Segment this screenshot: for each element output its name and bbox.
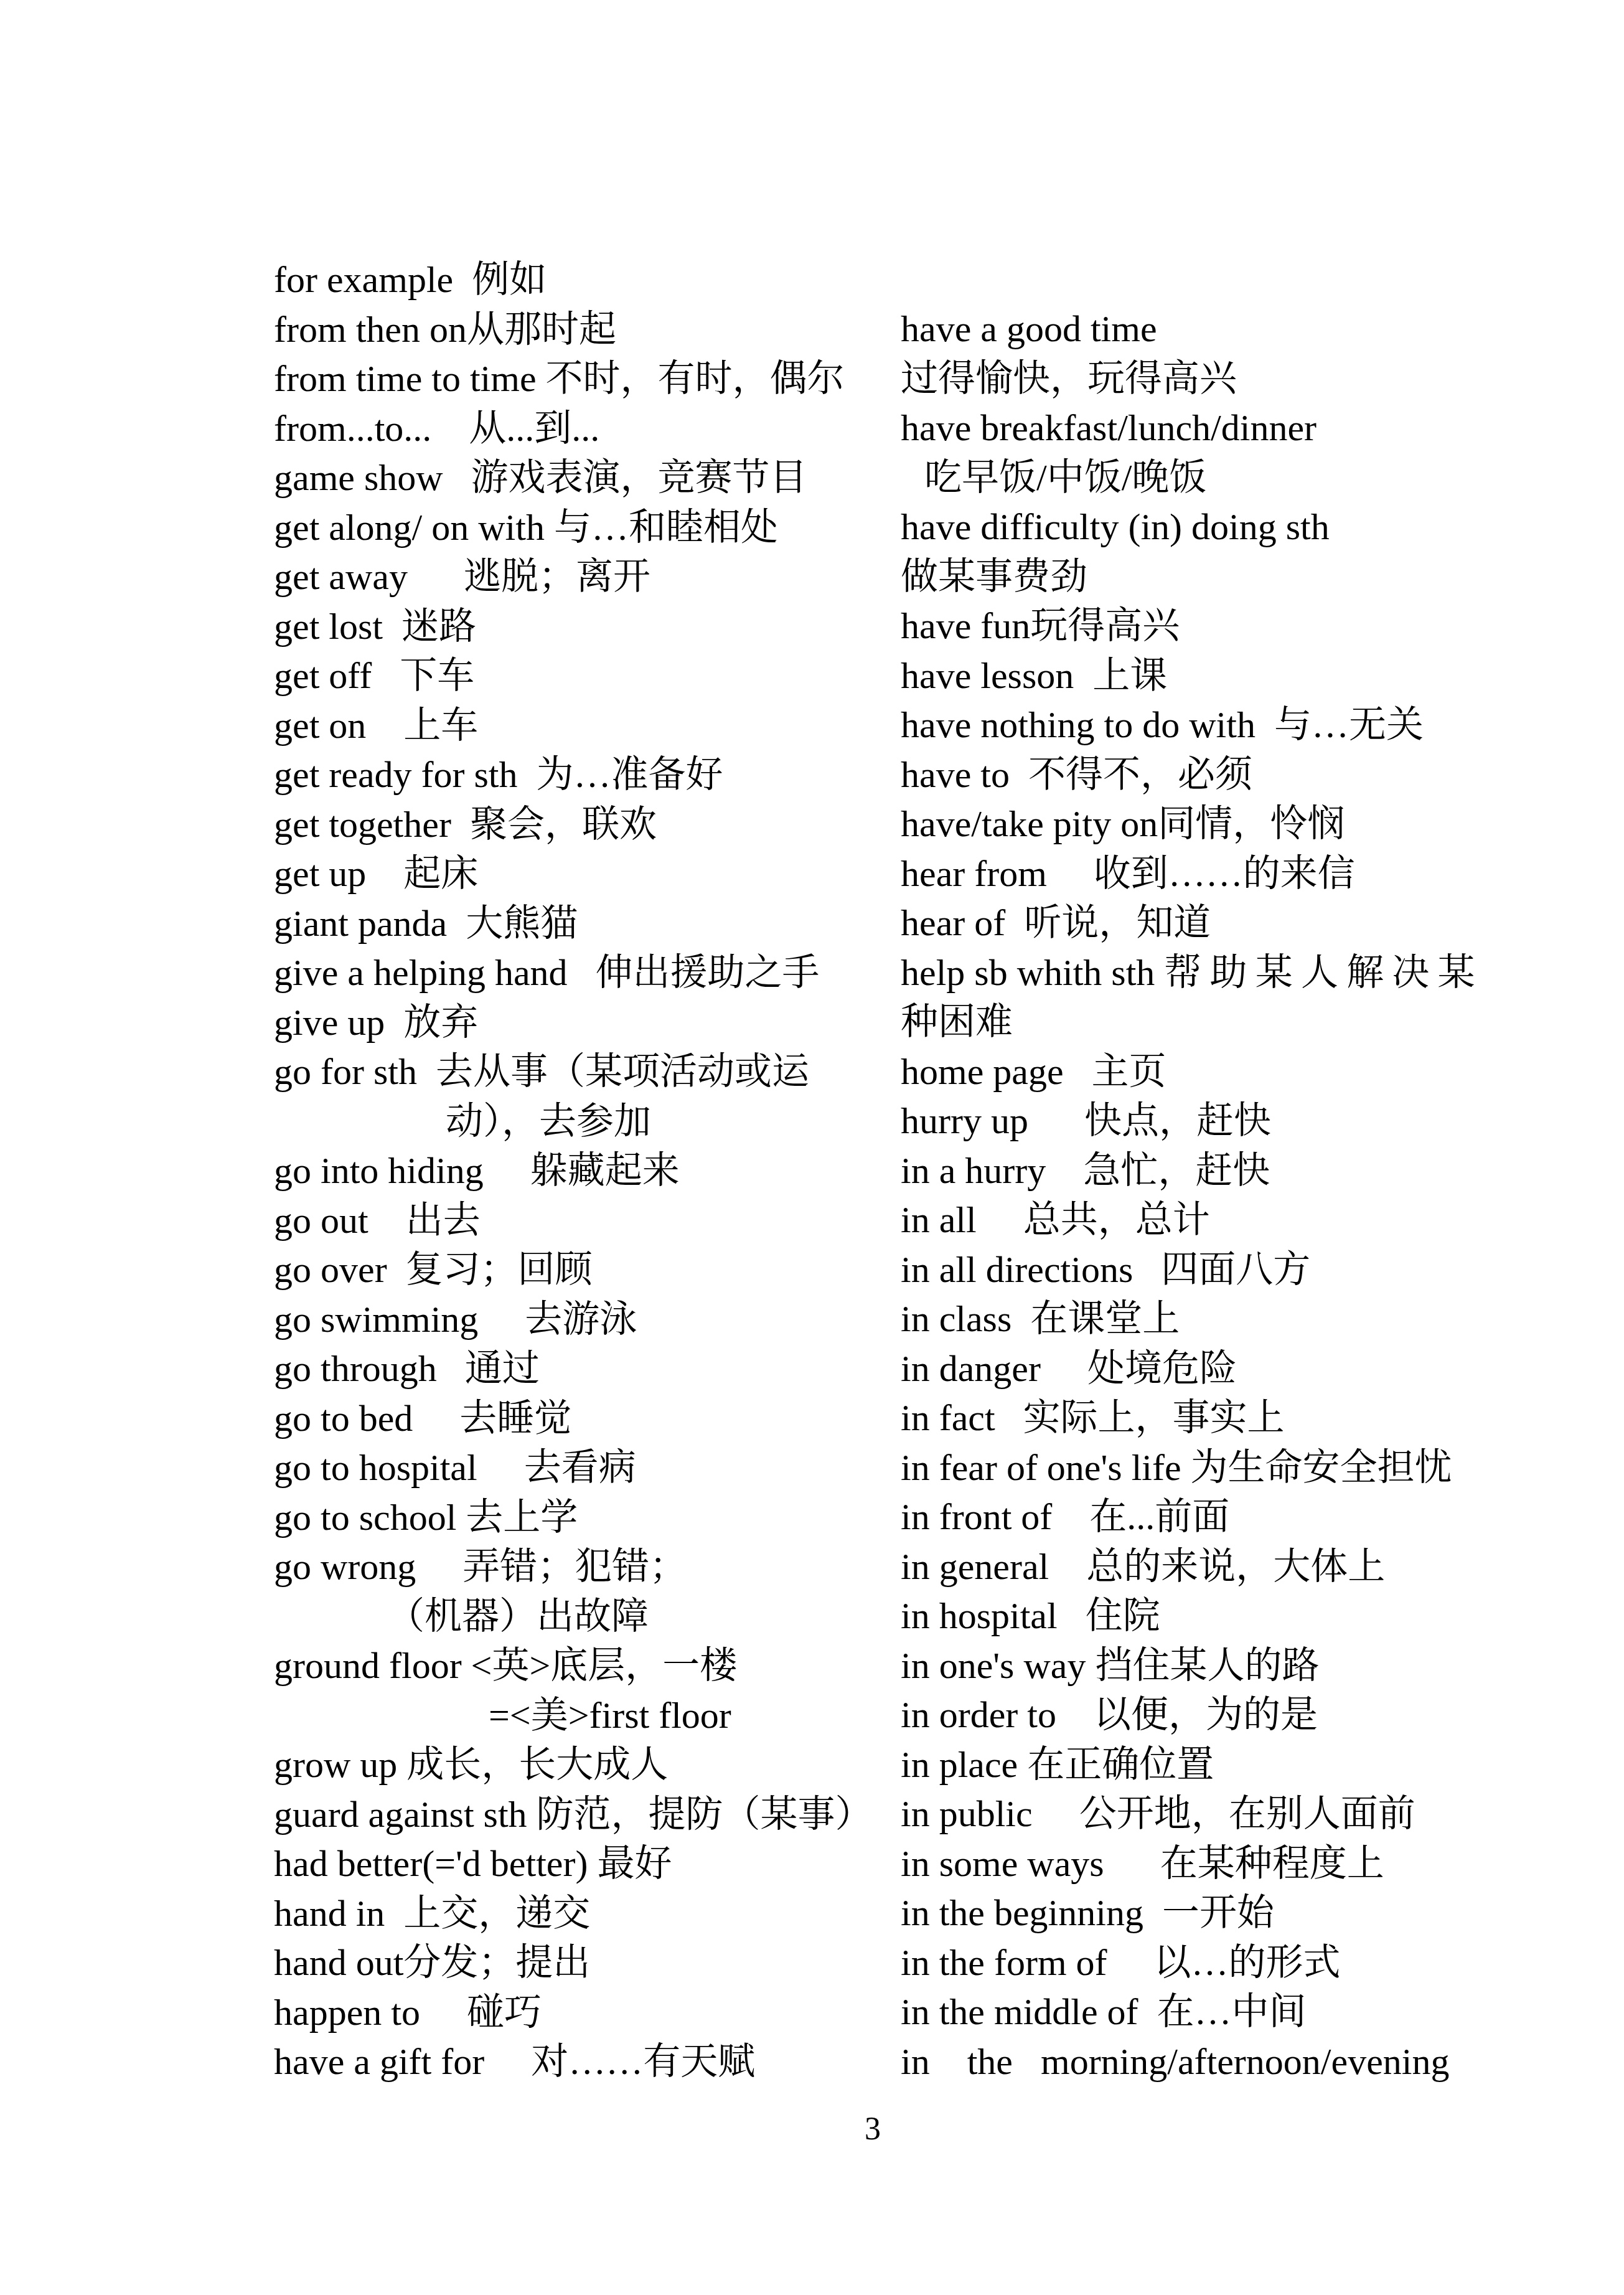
text-line: give a helping hand 伸出援助之手 [274, 948, 903, 998]
text-segment: go out 出去 [274, 1200, 481, 1241]
text-line: go to school 去上学 [274, 1493, 903, 1543]
text-segment: from time to time 不时，有时，偶尔 [274, 358, 845, 399]
text-segment: giant panda 大熊猫 [274, 903, 578, 944]
text-line: get off 下车 [274, 651, 903, 701]
text-segment: in a hurry 急忙，赶快 [901, 1150, 1270, 1191]
text-line: go out 出去 [274, 1196, 903, 1246]
text-segment: （机器）出故障 [387, 1596, 649, 1637]
text-segment: 做某事费劲 [901, 556, 1087, 597]
page-number: 3 [854, 2111, 891, 2148]
text-line: from then on从那时起 [274, 305, 903, 355]
text-line: from...to... 从...到... [274, 404, 903, 454]
text-segment: go to school 去上学 [274, 1497, 578, 1538]
text-segment: have lesson 上课 [901, 655, 1167, 696]
text-segment: in the morning/afternoon/evening [901, 2041, 1449, 2082]
text-segment: guard against sth 防范，提防（某事） [274, 1794, 873, 1835]
text-line: get on 上车 [274, 701, 903, 751]
text-line: happen to 碰巧 [274, 1988, 903, 2038]
text-line: go swimming 去游泳 [274, 1295, 903, 1345]
text-segment: grow up 成长，长大成人 [274, 1744, 668, 1785]
text-line: in fact 实际上，事实上 [901, 1393, 1576, 1443]
text-line: in place 在正确位置 [901, 1740, 1576, 1790]
text-line: have lesson 上课 [901, 651, 1576, 701]
text-segment: in the form of 以…的形式 [901, 1942, 1341, 1983]
text-segment: in the beginning 一开始 [901, 1892, 1274, 1933]
text-segment: give a helping hand 伸出援助之手 [274, 952, 820, 993]
text-segment: in public 公开地，在别人面前 [901, 1793, 1415, 1834]
text-line: have a good time [901, 304, 1576, 354]
text-line: in all 总共，总计 [901, 1195, 1576, 1245]
text-segment: game show 游戏表演，竞赛节目 [274, 457, 807, 498]
text-line: have fun玩得高兴 [901, 601, 1576, 651]
text-line: go into hiding 躲藏起来 [274, 1146, 903, 1196]
text-line: in all directions 四面八方 [901, 1245, 1576, 1295]
text-line: in hospital 住院 [901, 1591, 1576, 1641]
text-line: hurry up 快点，赶快 [901, 1096, 1576, 1146]
text-segment: happen to 碰巧 [274, 1992, 542, 2033]
text-line: hear from 收到……的来信 [901, 849, 1576, 899]
text-line: 种困难 [901, 997, 1576, 1047]
text-segment: in fear of one's life 为生命安全担忧 [901, 1447, 1452, 1488]
text-line: have difficulty (in) doing sth [901, 502, 1576, 552]
text-line: grow up 成长，长大成人 [274, 1740, 903, 1790]
text-line: hand out分发；提出 [274, 1938, 903, 1988]
text-segment: have/take pity on同情，怜悯 [901, 803, 1345, 844]
text-segment: go to bed 去睡觉 [274, 1398, 571, 1439]
text-segment: in some ways 在某种程度上 [901, 1843, 1384, 1884]
text-line: get away 逃脱；离开 [274, 552, 903, 602]
text-line: guard against sth 防范，提防（某事） [274, 1790, 903, 1840]
text-segment: get ready for sth 为…准备好 [274, 754, 723, 795]
text-segment: hear of 听说，知道 [901, 902, 1211, 943]
text-line: get ready for sth 为…准备好 [274, 750, 903, 800]
text-segment: have a good time [901, 308, 1157, 349]
text-segment: in front of 在...前面 [901, 1496, 1229, 1537]
text-line: =<美>first floor [274, 1691, 903, 1741]
text-line: game show 游戏表演，竞赛节目 [274, 453, 903, 503]
text-segment: in hospital 住院 [901, 1595, 1160, 1636]
text-segment: go swimming 去游泳 [274, 1299, 637, 1340]
text-line: in order to 以便，为的是 [901, 1690, 1576, 1740]
text-line: ground floor <英>底层，一楼 [274, 1641, 903, 1691]
text-line: have/take pity on同情，怜悯 [901, 799, 1576, 849]
text-line: in the beginning 一开始 [901, 1888, 1576, 1938]
text-segment: in order to 以便，为的是 [901, 1694, 1318, 1735]
text-segment: from then on从那时起 [274, 309, 616, 350]
text-line: in class 在课堂上 [901, 1294, 1576, 1344]
text-segment: for example 例如 [274, 259, 547, 300]
text-line: have nothing to do with 与…无关 [901, 700, 1576, 750]
text-line: hand in 上交，递交 [274, 1889, 903, 1939]
text-line: for example 例如 [274, 255, 903, 305]
text-segment: 过得愉快，玩得高兴 [901, 358, 1237, 399]
text-segment: get up 起床 [274, 853, 478, 894]
text-segment: go over 复习；回顾 [274, 1249, 593, 1290]
right-column: have a good time过得愉快，玩得高兴have breakfast/… [901, 304, 1576, 2086]
text-line: 做某事费劲 [901, 552, 1576, 602]
text-segment: from...to... 从...到... [274, 408, 599, 449]
text-segment: in all 总共，总计 [901, 1199, 1210, 1240]
text-segment: get away 逃脱；离开 [274, 556, 650, 597]
text-segment: go to hospital 去看病 [274, 1447, 636, 1488]
text-line: 过得愉快，玩得高兴 [901, 354, 1576, 404]
left-column: for example 例如from then on从那时起from time … [274, 255, 903, 2087]
text-segment: have breakfast/lunch/dinner [901, 407, 1317, 448]
text-segment: go for sth 去从事（某项活动或运 [274, 1051, 809, 1092]
text-line: go to bed 去睡觉 [274, 1394, 903, 1444]
text-segment: in one's way 挡住某人的路 [901, 1645, 1319, 1686]
text-line: home page 主页 [901, 1047, 1576, 1097]
text-line: in general 总的来说，大体上 [901, 1542, 1576, 1592]
text-line: help sb whith sth 帮助某人解决某 [901, 948, 1576, 998]
text-segment: have difficulty (in) doing sth [901, 506, 1330, 547]
text-segment: get lost 迷路 [274, 606, 476, 647]
text-line: hear of 听说，知道 [901, 898, 1576, 948]
text-segment: get off 下车 [274, 655, 474, 696]
text-line: go for sth 去从事（某项活动或运 [274, 1047, 903, 1097]
text-line: give up 放弃 [274, 998, 903, 1048]
text-segment: have nothing to do with 与…无关 [901, 704, 1424, 745]
text-line: go to hospital 去看病 [274, 1443, 903, 1493]
text-segment: have a gift for 对……有天赋 [274, 2041, 755, 2082]
text-segment: go through 通过 [274, 1348, 540, 1389]
document-page: for example 例如from then on从那时起from time … [0, 0, 1624, 2295]
text-segment: in all directions 四面八方 [901, 1249, 1310, 1290]
text-segment: =<美>first floor [489, 1695, 731, 1736]
text-line: in front of 在...前面 [901, 1492, 1576, 1542]
text-segment: hear from 收到……的来信 [901, 853, 1355, 894]
text-line: 吃早饭/中饭/晚饭 [901, 453, 1576, 503]
text-line: in some ways 在某种程度上 [901, 1839, 1576, 1889]
text-segment: in class 在课堂上 [901, 1298, 1180, 1339]
text-line: get lost 迷路 [274, 602, 903, 652]
text-segment: 种困难 [901, 1001, 1013, 1042]
text-segment: get together 聚会，联欢 [274, 804, 657, 845]
text-line: get along/ on with 与…和睦相处 [274, 503, 903, 553]
text-line: get together 聚会，联欢 [274, 800, 903, 850]
text-line: go through 通过 [274, 1344, 903, 1394]
text-line: in fear of one's life 为生命安全担忧 [901, 1443, 1576, 1493]
text-segment: get along/ on with 与…和睦相处 [274, 507, 778, 548]
text-line: in one's way 挡住某人的路 [901, 1641, 1576, 1691]
text-segment: help sb whith sth [901, 952, 1164, 993]
text-line: go over 复习；回顾 [274, 1245, 903, 1295]
text-segment: hurry up 快点，赶快 [901, 1100, 1271, 1141]
text-line: in the form of 以…的形式 [901, 1938, 1576, 1988]
text-line: in the middle of 在…中间 [901, 1987, 1576, 2037]
text-segment: hand out分发；提出 [274, 1942, 590, 1983]
text-line: from time to time 不时，有时，偶尔 [274, 354, 903, 404]
text-line: go wrong 弄错；犯错； [274, 1542, 903, 1592]
text-segment: had better(='d better) 最好 [274, 1843, 672, 1884]
text-segment: home page 主页 [901, 1051, 1166, 1092]
text-line: have breakfast/lunch/dinner [901, 403, 1576, 453]
text-line: have a gift for 对……有天赋 [274, 2037, 903, 2087]
text-segment: in fact 实际上，事实上 [901, 1397, 1285, 1438]
text-segment: go wrong 弄错；犯错； [274, 1546, 687, 1587]
text-segment: 吃早饭/中饭/晚饭 [924, 457, 1206, 498]
text-line: giant panda 大熊猫 [274, 899, 903, 949]
text-segment: give up 放弃 [274, 1002, 478, 1043]
text-line: in danger 处境危险 [901, 1344, 1576, 1394]
text-segment: have fun玩得高兴 [901, 605, 1180, 646]
text-segment: go into hiding 躲藏起来 [274, 1150, 680, 1191]
text-segment: hand in 上交，递交 [274, 1893, 590, 1934]
text-segment: in the middle of 在…中间 [901, 1991, 1307, 2032]
text-line: had better(='d better) 最好 [274, 1839, 903, 1889]
text-segment: get on 上车 [274, 705, 478, 746]
text-line: in public 公开地，在别人面前 [901, 1789, 1576, 1839]
text-segment: 帮助某人解决某 [1164, 952, 1483, 993]
text-line: in the morning/afternoon/evening [901, 2037, 1576, 2087]
text-segment: in place 在正确位置 [901, 1744, 1214, 1785]
text-segment: in danger 处境危险 [901, 1348, 1237, 1389]
text-line: in a hurry 急忙，赶快 [901, 1146, 1576, 1196]
text-line: have to 不得不，必须 [901, 750, 1576, 800]
text-line: （机器）出故障 [274, 1592, 903, 1642]
text-line: 动），去参加 [274, 1097, 903, 1147]
text-segment: have to 不得不，必须 [901, 754, 1252, 795]
text-segment: 动），去参加 [446, 1101, 651, 1142]
text-segment: in general 总的来说，大体上 [901, 1546, 1385, 1587]
text-segment: ground floor <英>底层，一楼 [274, 1645, 737, 1686]
text-line: get up 起床 [274, 849, 903, 899]
